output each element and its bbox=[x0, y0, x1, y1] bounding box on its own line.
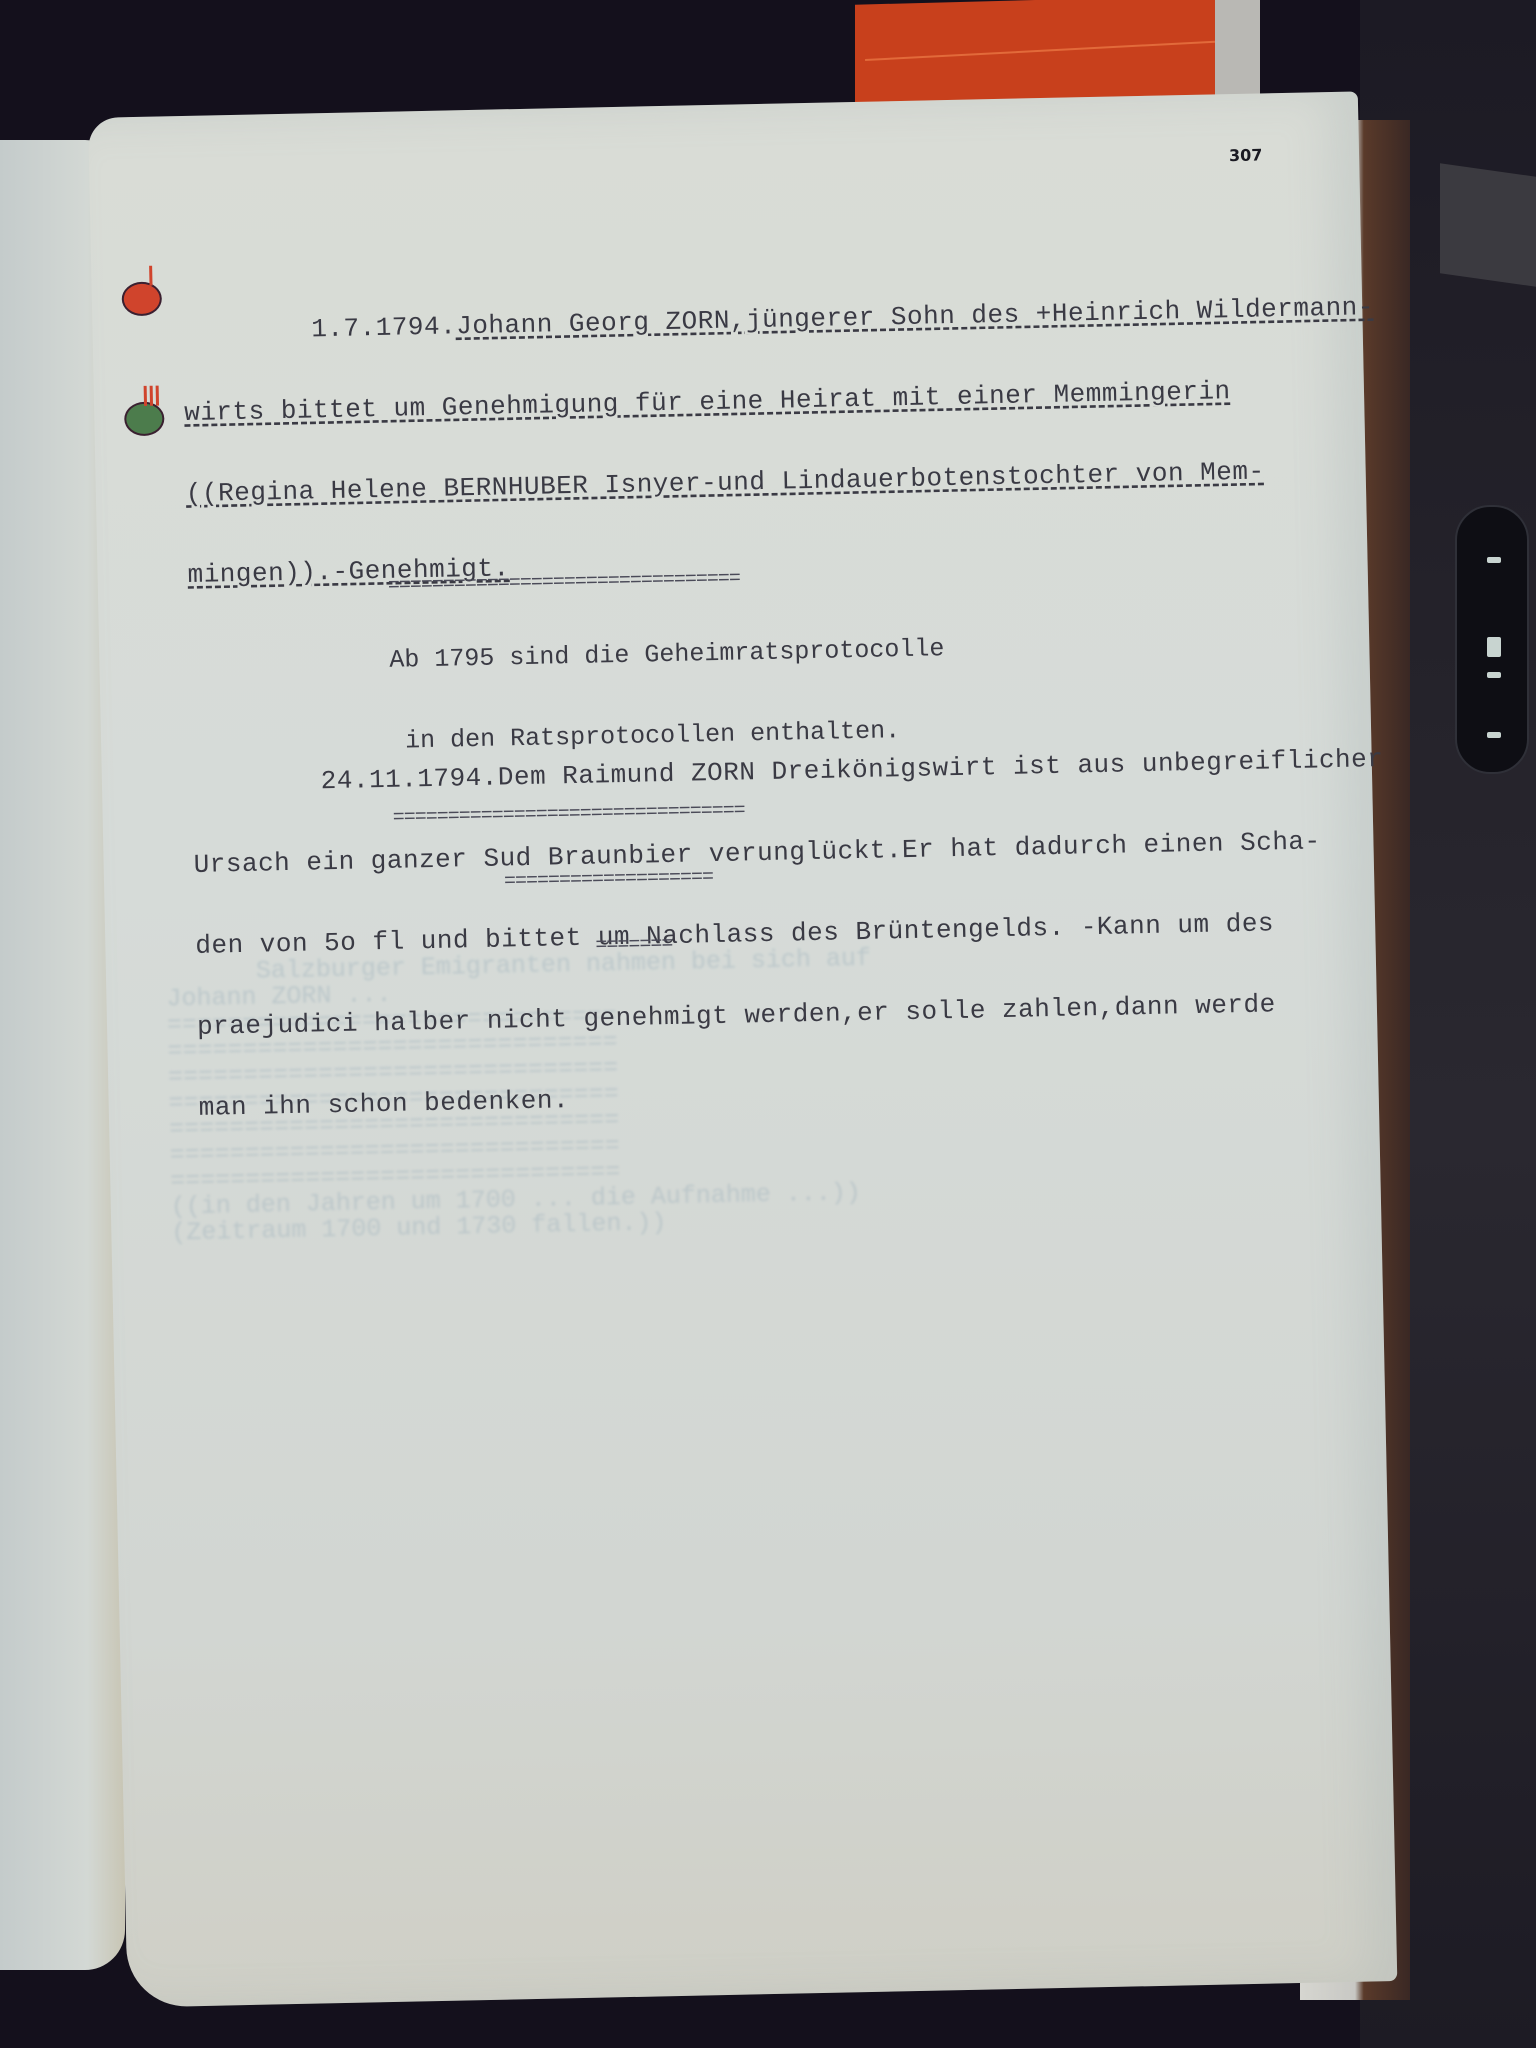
notice-line: Ab 1795 sind die Geheimratsprotocolle bbox=[389, 635, 945, 674]
black-clip-object bbox=[1455, 505, 1529, 774]
rule: ================================ bbox=[393, 801, 948, 825]
green-hand-marker-icon bbox=[124, 401, 165, 436]
rule: =================== bbox=[504, 867, 949, 888]
entry-date: 1.7.1794. bbox=[311, 311, 457, 344]
rule: ======= bbox=[595, 933, 950, 952]
red-hand-marker-icon bbox=[121, 281, 162, 316]
rule: ================================ bbox=[388, 569, 943, 593]
page-number: 307 bbox=[1229, 145, 1263, 165]
right-page: 307 Salzburger Emigranten nahmen bei sic… bbox=[88, 91, 1397, 2007]
notice-line: in den Ratsprotocollen enthalten. bbox=[391, 716, 947, 755]
notice-block: ================================ Ab 1795… bbox=[387, 515, 952, 1011]
background-object bbox=[1440, 163, 1536, 286]
